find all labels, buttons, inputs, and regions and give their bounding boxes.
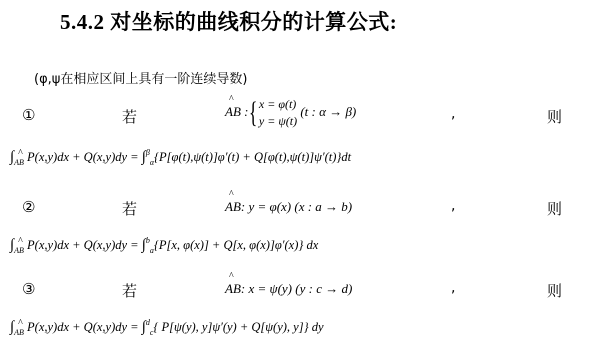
case-1-formula: ∫AB P(x,y)dx + Q(x,y)dy = ∫βα{P[φ(t),ψ(t…: [10, 148, 351, 167]
case-1-condition-row: ① 若 AB :{x = φ(t)y = ψ(t) (t : α → β) , …: [0, 104, 602, 132]
continuity-note: (φ,ψ在相应区间上具有一阶连续导数): [34, 68, 247, 87]
case-1-condition: AB :{x = φ(t)y = ψ(t) (t : α → β): [225, 96, 356, 130]
case-3-condition-row: ③ 若 AB: x = ψ(y) (y : c → d) , 则: [0, 280, 602, 308]
case-2-condition: AB: y = φ(x) (x : a → b): [225, 199, 352, 215]
case-2-if-label: 若: [122, 198, 137, 219]
case-1-y-eq: y = ψ(t): [259, 114, 297, 128]
brace-icon: {: [249, 98, 258, 128]
case-1-marker: ①: [22, 106, 35, 124]
case-2-formula: ∫AB P(x,y)dx + Q(x,y)dy = ∫ba{P[x, φ(x)]…: [10, 236, 318, 255]
section-title: 5.4.2 对坐标的曲线积分的计算公式:: [60, 6, 397, 36]
arc-ab: AB: [225, 104, 241, 120]
case-3-then-label: 则: [547, 280, 562, 301]
case-1-then-label: 则: [547, 106, 562, 127]
case-2-marker: ②: [22, 198, 35, 216]
case-2-condition-row: ② 若 AB: y = φ(x) (x : a → b) , 则: [0, 198, 602, 226]
case-3-comma: ,: [451, 280, 455, 296]
case-1-if-label: 若: [122, 106, 137, 127]
case-3-if-label: 若: [122, 280, 137, 301]
case-3-marker: ③: [22, 280, 35, 298]
case-3-formula: ∫AB P(x,y)dx + Q(x,y)dy = ∫dc{ P[ψ(y), y…: [10, 318, 324, 337]
case-1-range: (t : α → β): [300, 104, 356, 119]
case-2-comma: ,: [451, 198, 455, 214]
case-2-then-label: 则: [547, 198, 562, 219]
case-1-x-eq: x = φ(t): [259, 97, 296, 111]
case-1-comma: ,: [451, 106, 455, 122]
case-3-condition: AB: x = ψ(y) (y : c → d): [225, 281, 352, 297]
